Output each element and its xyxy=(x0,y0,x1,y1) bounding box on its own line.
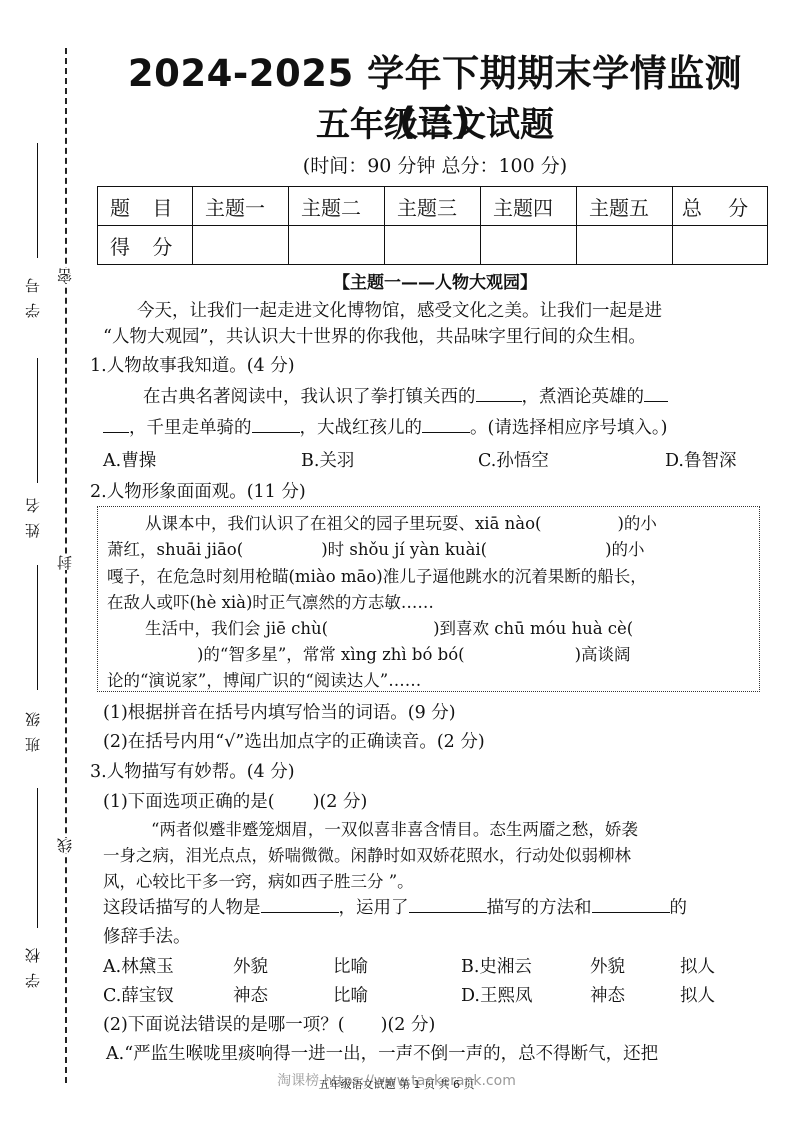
question-3-sub-1-title: (1)下面选项正确的是()(2 分) xyxy=(103,789,753,815)
section-intro-line-2: “人物大观园”，共认识大十世界的你我他，共品味字里行间的众生相。 xyxy=(103,324,753,350)
score-cell-theme-2[interactable] xyxy=(289,226,385,265)
score-cell-theme-5[interactable] xyxy=(577,226,673,265)
q3-option-c-method: 神态 xyxy=(233,983,268,1009)
question-1-title: 1.人物故事我知道。(4 分) xyxy=(90,353,740,379)
q1-blank-2a[interactable] xyxy=(644,384,668,402)
score-cell-theme-1[interactable] xyxy=(193,226,289,265)
question-1-line-2: ，千里走单骑的，大战红孩儿的。(请选择相应序号填入。) xyxy=(103,415,753,441)
header-cell-theme-5: 主题五 xyxy=(577,187,673,226)
q1-text-1a: 在古典名著阅读中，我认识了拳打镇关西的 xyxy=(143,387,476,407)
q2-passage-line-7: 论的“演说家”，博闻广识的“阅读达人”…… xyxy=(107,668,757,694)
score-table-header-row: 题 目 主题一 主题二 主题三 主题四 主题五 总 分 xyxy=(98,187,768,226)
q3-blank-person[interactable] xyxy=(261,895,339,913)
class-label: 班级 xyxy=(22,702,42,752)
q2-passage-line-5: 生活中，我们会 jiē chù()到喜欢 chū móu huà cè( xyxy=(107,616,757,642)
q3-quote-line-1: “两者似蹙非蹙笼烟眉，一双似喜非喜含情目。态生两靥之愁，娇袭 xyxy=(103,817,753,843)
q3-blank-method[interactable] xyxy=(409,895,487,913)
header-cell-theme-1: 主题一 xyxy=(193,187,289,226)
header-cell-total: 总 分 xyxy=(673,187,768,226)
q2-passage-line-4: 在敌人或吓(hè xià)时正气凛然的方志敏…… xyxy=(107,590,757,616)
question-2-title: 2.人物形象面面观。(11 分) xyxy=(90,479,740,505)
binding-mark-seal-2: 封 xyxy=(56,555,76,570)
class-line[interactable] xyxy=(37,565,38,690)
q3-option-c-rhetoric: 比喻 xyxy=(333,983,368,1009)
q1-blank-2b[interactable] xyxy=(103,415,129,433)
q3-option-a-method: 外貌 xyxy=(233,954,268,980)
header-cell-theme-4: 主题四 xyxy=(481,187,577,226)
q1-text-2c: 。(请选择相应序号填入。) xyxy=(470,418,667,438)
q2-passage-line-2: 萧红，shuāi jiāo()时 shǒu jí yàn kuài()的小 xyxy=(107,537,757,563)
exam-time-score-info: (时间：90 分钟 总分：100 分) xyxy=(95,153,775,179)
q1-text-1b: ，煮酒论英雄的 xyxy=(522,387,645,407)
header-cell-theme-2: 主题二 xyxy=(289,187,385,226)
q3-option-b-person: B.史湘云 xyxy=(461,954,532,980)
score-table-score-row: 得 分 xyxy=(98,226,768,265)
question-3-sub-2-title: (2)下面说法错误的是哪一项？()(2 分) xyxy=(103,1012,753,1038)
q1-blank-1[interactable] xyxy=(476,384,522,402)
q3-option-a-rhetoric: 比喻 xyxy=(333,954,368,980)
q1-option-b: B.关羽 xyxy=(301,448,354,474)
question-2-sub-2: (2)在括号内用“√”选出加点字的正确读音。(2 分) xyxy=(103,729,753,755)
q3-option-b-rhetoric: 拟人 xyxy=(680,954,715,980)
q1-text-2b: ，大战红孩儿的 xyxy=(300,418,423,438)
q3-option-a-person: A.林黛玉 xyxy=(103,954,174,980)
q3-sub2-option-a: A.“严监生喉咙里痰响得一进一出，一声不倒一声的，总不得断气，还把 xyxy=(106,1041,756,1067)
question-1-line-1: 在古典名著阅读中，我认识了拳打镇关西的，煮酒论英雄的 xyxy=(143,384,793,410)
q1-blank-3[interactable] xyxy=(252,415,300,433)
name-line[interactable] xyxy=(37,358,38,483)
q1-option-c: C.孙悟空 xyxy=(478,448,549,474)
q2-passage-line-3: 嘎子，在危急时刻用枪瞄(miào māo)准儿子逼他跳水的沉着果断的船长， xyxy=(107,564,757,590)
q3-option-c-person: C.薛宝钗 xyxy=(103,983,174,1009)
binding-mark-line: 线 xyxy=(56,838,76,853)
q2-passage-line-1: 从课本中，我们认识了在祖父的园子里玩耍、xiā nào()的小 xyxy=(107,511,757,537)
question-2-sub-1: (1)根据拼音在括号内填写恰当的词语。(9 分) xyxy=(103,700,753,726)
q1-option-d: D.鲁智深 xyxy=(665,448,736,474)
q1-text-2a: ，千里走单骑的 xyxy=(129,418,252,438)
student-id-label: 学号 xyxy=(22,268,42,318)
q3-quote-line-3: 风，心较比干多一窍，病如西子胜三分 ”。 xyxy=(103,869,753,895)
q3-blank-rhetoric[interactable] xyxy=(592,895,670,913)
q3-option-d-person: D.王熙凤 xyxy=(461,983,532,1009)
q1-blank-4[interactable] xyxy=(422,415,470,433)
school-label: 学校 xyxy=(22,938,42,988)
q3-option-b-method: 外貌 xyxy=(590,954,625,980)
page-footer: 五年级语文试题 第 1 页 共 6 页 xyxy=(0,1076,793,1092)
section-intro-line-1: 今天，让我们一起走进文化博物馆，感受文化之美。让我们一起是进 xyxy=(103,298,753,324)
exam-subtitle: 五年级语文试题 xyxy=(95,102,775,148)
q3-fill-line-2: 修辞手法。 xyxy=(103,924,753,950)
name-label: 姓名 xyxy=(22,488,42,538)
score-table: 题 目 主题一 主题二 主题三 主题四 主题五 总 分 得 分 xyxy=(97,186,768,265)
school-line[interactable] xyxy=(37,788,38,928)
student-id-line[interactable] xyxy=(37,143,38,258)
score-cell-theme-3[interactable] xyxy=(385,226,481,265)
q3-option-d-rhetoric: 拟人 xyxy=(680,983,715,1009)
section-heading-theme-1: 【主题一——人物大观园】 xyxy=(95,270,775,296)
header-cell-theme-3: 主题三 xyxy=(385,187,481,226)
score-cell-total[interactable] xyxy=(673,226,768,265)
q2-passage-line-6: )的“智多星”，常常 xìng zhì bó bó()高谈阔 xyxy=(107,642,757,668)
q1-option-a: A.曹操 xyxy=(103,448,156,474)
q3-quote-line-2: 一身之病，泪光点点，娇喘微微。闲静时如双娇花照水，行动处似弱柳林 xyxy=(103,843,753,869)
q3-fill-line: 这段话描写的人物是，运用了描写的方法和的 xyxy=(103,895,753,921)
score-cell-theme-4[interactable] xyxy=(481,226,577,265)
score-row-label: 得 分 xyxy=(98,226,193,265)
binding-mark-seal: 密 xyxy=(56,268,76,283)
question-3-title: 3.人物描写有妙帮。(4 分) xyxy=(90,759,740,785)
header-cell-topic: 题 目 xyxy=(98,187,193,226)
q3-option-d-method: 神态 xyxy=(590,983,625,1009)
